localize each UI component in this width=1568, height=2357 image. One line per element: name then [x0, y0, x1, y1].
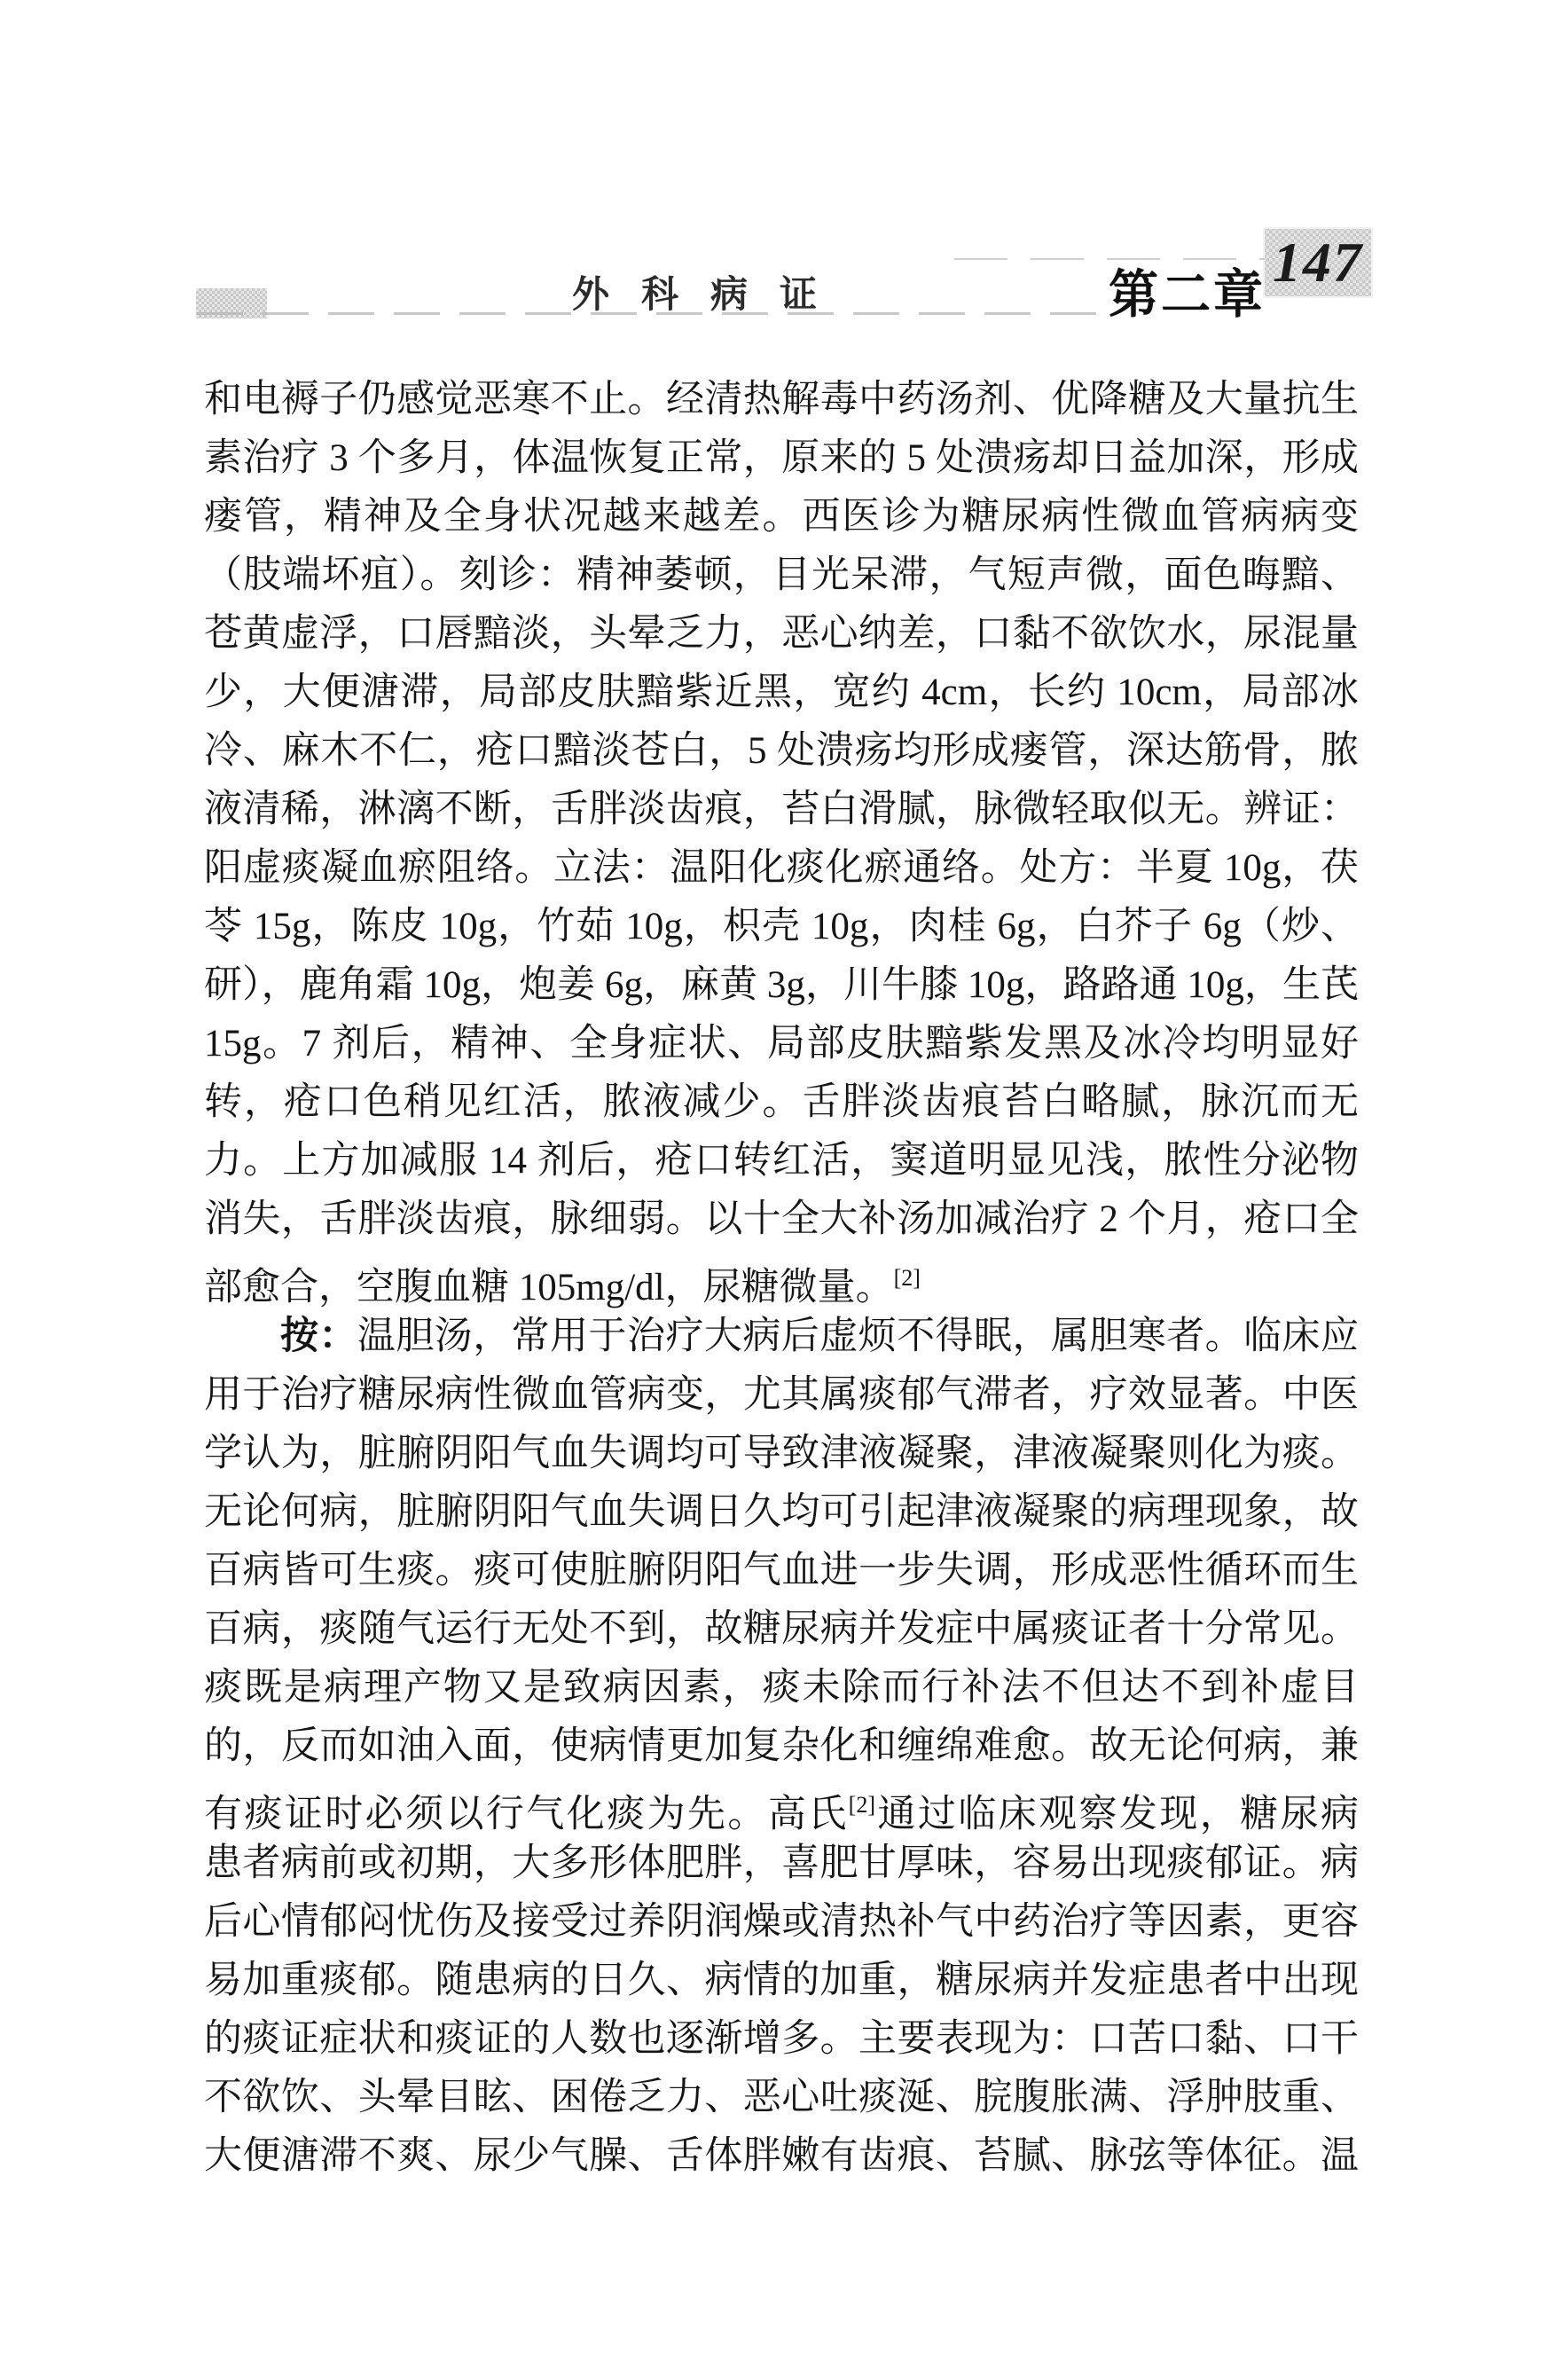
text-run: 易加重痰郁。随患病的日久、病情的加重，糖尿病并发症患者中出现: [204, 1960, 1359, 2001]
text-run: 部愈合，空腹血糖 105mg/dl，尿糖微量。: [204, 1267, 894, 1308]
text-line: 素治疗 3 个多月，体温恢复正常，原来的 5 处溃疡却日益加深，形成: [204, 429, 1359, 488]
text-line: 研），鹿角霜 10g，炮姜 6g，麻黄 3g，川牛膝 10g，路路通 10g，生…: [204, 956, 1359, 1015]
text-line: 百病，痰随气运行无处不到，故糖尿病并发症中属痰证者十分常见。: [204, 1600, 1359, 1659]
text-line: 大便溏滞不爽、尿少气臊、舌体胖嫩有齿痕、苔腻、脉弦等体征。温: [204, 2127, 1359, 2186]
text-run: 百病皆可生痰。痰可使脏腑阴阳气血进一步失调，形成恶性循环而生: [204, 1550, 1359, 1591]
text-run: 温胆汤，常用于治疗大病后虚烦不得眠，属胆寒者。临床应: [357, 1316, 1359, 1357]
chapter-label: 第二章: [1109, 254, 1266, 328]
text-run: 无论何病，脏腑阴阳气血失调日久均可引起津液凝聚的病理现象，故: [204, 1491, 1359, 1533]
header-rule-upper: [954, 258, 1265, 260]
text-line: 15g。7 剂后，精神、全身症状、局部皮肤黯紫发黑及冰冷均明显好: [204, 1015, 1359, 1073]
text-line: 冷、麻木不仁，疮口黯淡苍白，5 处溃疡均形成瘘管，深达筋骨，脓: [204, 722, 1359, 781]
text-line: 的，反而如油入面，使病情更加复杂化和缠绵难愈。故无论何病，兼: [204, 1717, 1359, 1776]
text-run: 有痰证时必须以行气化痰为先。高氏: [204, 1794, 849, 1835]
text-line: 有痰证时必须以行气化痰为先。高氏[2]通过临床观察发现，糖尿病: [204, 1776, 1359, 1835]
citation-ref: [2]: [849, 1792, 875, 1818]
text-run: 力。上方加减服 14 剂后，疮口转红活，窦道明显见浅，脓性分泌物: [204, 1140, 1359, 1182]
text-run: 不欲饮、头晕目眩、困倦乏力、恶心吐痰涎、脘腹胀满、浮肿肢重、: [204, 2077, 1359, 2118]
text-run: 苍黄虚浮，口唇黯淡，头晕乏力，恶心纳差，口黏不欲饮水，尿混量: [204, 613, 1359, 655]
text-run: 消失，舌胖淡齿痕，脉细弱。以十全大补汤加减治疗 2 个月，疮口全: [204, 1198, 1359, 1240]
page-number: 147: [1273, 234, 1363, 291]
text-run: 痰既是病理产物又是致病因素，痰未除而行补法不但达不到补虚目: [204, 1667, 1359, 1709]
text-line: 易加重痰郁。随患病的日久、病情的加重，糖尿病并发症患者中出现: [204, 1952, 1359, 2010]
text-line: 少，大便溏滞，局部皮肤黯紫近黑，宽约 4cm，长约 10cm，局部冰: [204, 664, 1359, 722]
text-run: 的，反而如油入面，使病情更加复杂化和缠绵难愈。故无论何病，兼: [204, 1725, 1359, 1767]
text-line: 部愈合，空腹血糖 105mg/dl，尿糖微量。[2]: [204, 1249, 1359, 1308]
text-line: 不欲饮、头晕目眩、困倦乏力、恶心吐痰涎、脘腹胀满、浮肿肢重、: [204, 2069, 1359, 2127]
text-line: 转，疮口色稍见红活，脓液减少。舌胖淡齿痕苔白略腻，脉沉而无: [204, 1073, 1359, 1132]
text-run: 和电褥子仍感觉恶寒不止。经清热解毒中药汤剂、优降糖及大量抗生: [204, 379, 1359, 420]
header-rule: [197, 312, 1100, 315]
text-run: 冷、麻木不仁，疮口黯淡苍白，5 处溃疡均形成瘘管，深达筋骨，脓: [204, 730, 1359, 772]
book-page: 外科病证 第二章 147 和电褥子仍感觉恶寒不止。经清热解毒中药汤剂、优降糖及大…: [0, 0, 1568, 2357]
text-run: 后心情郁闷忧伤及接受过养阴润燥或清热补气中药治疗等因素，更容: [204, 1901, 1359, 1943]
text-run: （肢端坏疽）。刻诊：精神萎顿，目光呆滞，气短声微，面色晦黯、: [204, 554, 1359, 596]
text-line: （肢端坏疽）。刻诊：精神萎顿，目光呆滞，气短声微，面色晦黯、: [204, 546, 1359, 605]
running-title: 外科病证: [572, 265, 849, 318]
citation-ref: [2]: [894, 1265, 921, 1291]
text-run: 苓 15g，陈皮 10g，竹茹 10g，枳壳 10g，肉桂 6g，白芥子 6g（…: [204, 906, 1359, 947]
text-run: 的痰证症状和痰证的人数也逐渐增多。主要表现为：口苦口黏、口干: [204, 2018, 1359, 2060]
text-run: 转，疮口色稍见红活，脓液减少。舌胖淡齿痕苔白略腻，脉沉而无: [204, 1081, 1359, 1123]
text-run: 液清稀，淋漓不断，舌胖淡齿痕，苔白滑腻，脉微轻取似无。辨证：: [204, 789, 1359, 830]
text-line: 学认为，脏腑阴阳气血失调均可导致津液凝聚，津液凝聚则化为痰。: [204, 1425, 1359, 1483]
text-run: 百病，痰随气运行无处不到，故糖尿病并发症中属痰证者十分常见。: [204, 1608, 1359, 1650]
text-run: 素治疗 3 个多月，体温恢复正常，原来的 5 处溃疡却日益加深，形成: [204, 437, 1359, 479]
text-line: 苍黄虚浮，口唇黯淡，头晕乏力，恶心纳差，口黏不欲饮水，尿混量: [204, 605, 1359, 664]
text-run: 15g。7 剂后，精神、全身症状、局部皮肤黯紫发黑及冰冷均明显好: [204, 1023, 1359, 1065]
text-run: 通过临床观察发现，糖尿病: [875, 1794, 1359, 1835]
text-line: 后心情郁闷忧伤及接受过养阴润燥或清热补气中药治疗等因素，更容: [204, 1893, 1359, 1952]
text-line: 无论何病，脏腑阴阳气血失调日久均可引起津液凝聚的病理现象，故: [204, 1483, 1359, 1542]
text-line: 按：温胆汤，常用于治疗大病后虚烦不得眠，属胆寒者。临床应: [204, 1308, 1359, 1366]
text-line: 苓 15g，陈皮 10g，竹茹 10g，枳壳 10g，肉桂 6g，白芥子 6g（…: [204, 898, 1359, 956]
text-line: 阳虚痰凝血瘀阻络。立法：温阳化痰化瘀通络。处方：半夏 10g，茯: [204, 839, 1359, 898]
text-line: 用于治疗糖尿病性微血管病变，尤其属痰郁气滞者，疗效显著。中医: [204, 1366, 1359, 1425]
text-line: 瘘管，精神及全身状况越来越差。西医诊为糖尿病性微血管病病变: [204, 488, 1359, 546]
text-run: 少，大便溏滞，局部皮肤黯紫近黑，宽约 4cm，长约 10cm，局部冰: [204, 672, 1359, 713]
text-line: 的痰证症状和痰证的人数也逐渐增多。主要表现为：口苦口黏、口干: [204, 2010, 1359, 2069]
text-run: 大便溏滞不爽、尿少气臊、舌体胖嫩有齿痕、苔腻、脉弦等体征。温: [204, 2135, 1359, 2177]
text-run: 阳虚痰凝血瘀阻络。立法：温阳化痰化瘀通络。处方：半夏 10g，茯: [204, 847, 1359, 889]
text-run: 研），鹿角霜 10g，炮姜 6g，麻黄 3g，川牛膝 10g，路路通 10g，生…: [204, 964, 1359, 1006]
text-run: 用于治疗糖尿病性微血管病变，尤其属痰郁气滞者，疗效显著。中医: [204, 1374, 1359, 1416]
page-number-badge: 147: [1263, 227, 1373, 298]
text-line: 液清稀，淋漓不断，舌胖淡齿痕，苔白滑腻，脉微轻取似无。辨证：: [204, 781, 1359, 839]
text-line: 消失，舌胖淡齿痕，脉细弱。以十全大补汤加减治疗 2 个月，疮口全: [204, 1190, 1359, 1249]
text-run: 患者病前或初期，大多形体肥胖，喜肥甘厚味，容易出现痰郁证。病: [204, 1842, 1359, 1884]
text-run: 学认为，脏腑阴阳气血失调均可导致津液凝聚，津液凝聚则化为痰。: [204, 1433, 1359, 1474]
text-line: 和电褥子仍感觉恶寒不止。经清热解毒中药汤剂、优降糖及大量抗生: [204, 371, 1359, 429]
text-line: 痰既是病理产物又是致病因素，痰未除而行补法不但达不到补虚目: [204, 1659, 1359, 1717]
text-line: 患者病前或初期，大多形体肥胖，喜肥甘厚味，容易出现痰郁证。病: [204, 1835, 1359, 1893]
text-line: 百病皆可生痰。痰可使脏腑阴阳气血进一步失调，形成恶性循环而生: [204, 1542, 1359, 1600]
text-run: 瘘管，精神及全身状况越来越差。西医诊为糖尿病性微血管病病变: [204, 496, 1359, 538]
text-line: 力。上方加减服 14 剂后，疮口转红活，窦道明显见浅，脓性分泌物: [204, 1132, 1359, 1190]
body-text: 和电褥子仍感觉恶寒不止。经清热解毒中药汤剂、优降糖及大量抗生素治疗 3 个多月，…: [204, 371, 1359, 2186]
text-run: 按：: [280, 1316, 357, 1357]
